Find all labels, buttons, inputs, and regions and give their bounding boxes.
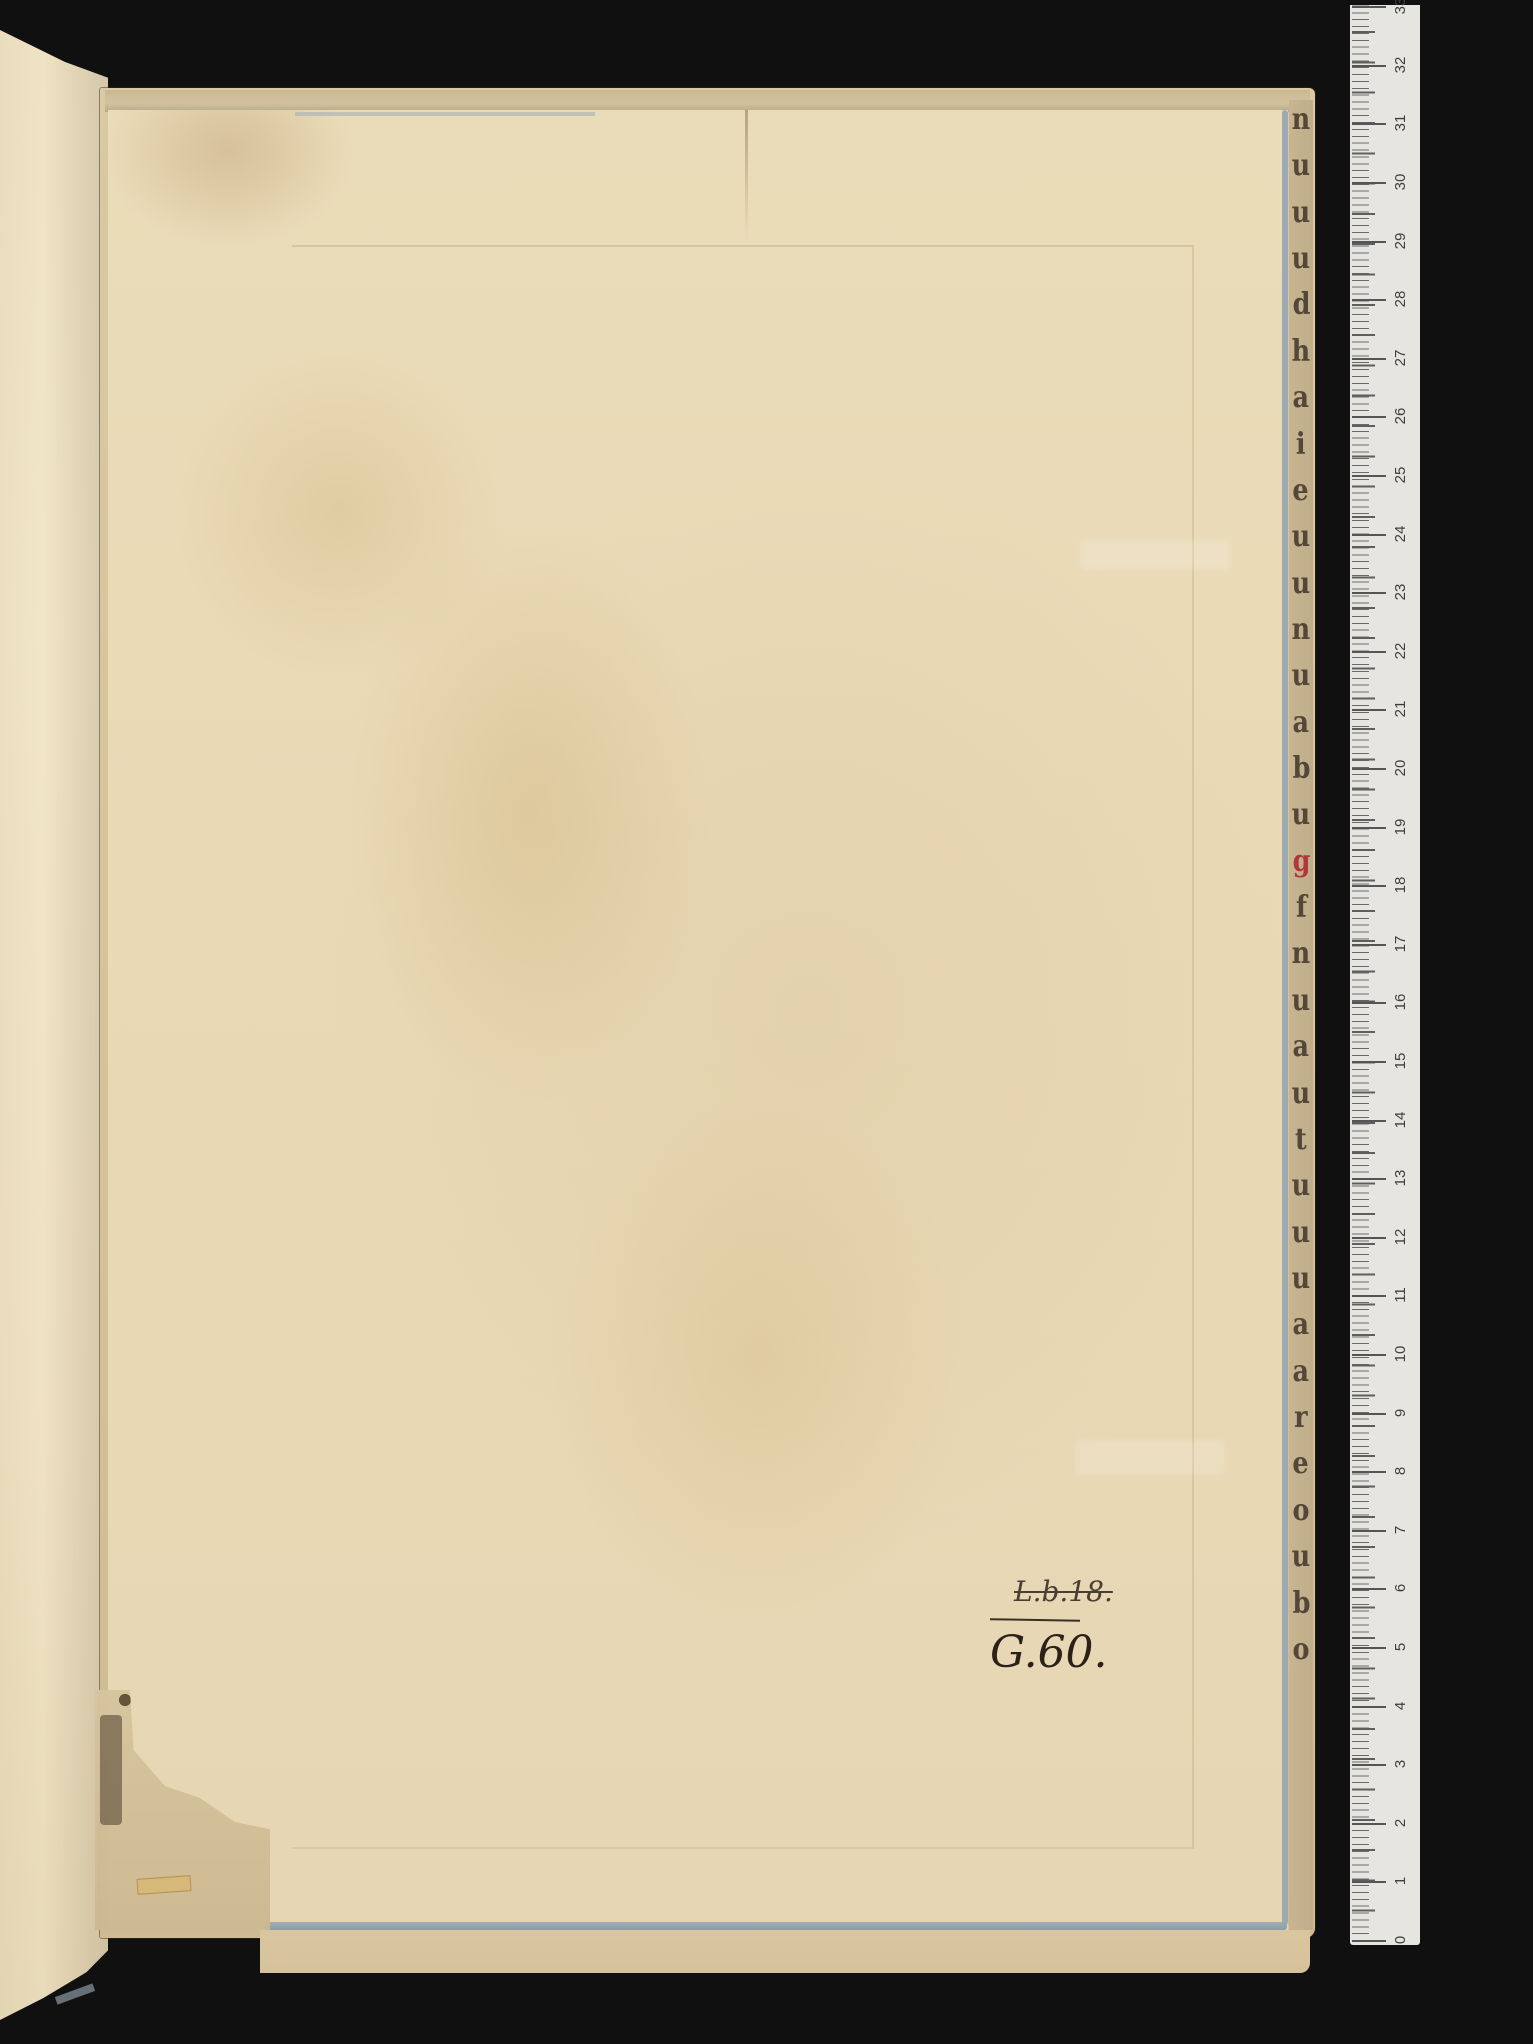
show-through-text: [1080, 540, 1230, 570]
waste-letter: u: [1292, 800, 1311, 830]
ruler-cm-tick: [1352, 358, 1386, 360]
ruler-cm-label: 26: [1391, 403, 1411, 429]
ruler-cm-tick: [1352, 885, 1386, 887]
ruler-cm-tick: [1352, 1706, 1386, 1708]
waste-letter: u: [1292, 1542, 1311, 1572]
waste-letter: r: [1294, 1403, 1307, 1433]
ruler-cm-label: 10: [1391, 1341, 1411, 1367]
ruler-cm-label: 33: [1391, 0, 1411, 19]
ruler-cm-label: 23: [1391, 579, 1411, 605]
ruler-cm-label: 28: [1391, 286, 1411, 312]
waste-letter: g: [1292, 847, 1310, 877]
ruler-cm-tick: [1352, 1530, 1386, 1532]
ruler-cm-label: 15: [1391, 1048, 1411, 1074]
ruler-cm-tick: [1352, 182, 1386, 184]
ruler-cm-label: 17: [1391, 931, 1411, 957]
ruler-cm-label: 30: [1391, 169, 1411, 195]
facing-leaf: [0, 30, 108, 2020]
waste-letter: e: [1293, 1449, 1309, 1479]
ruler-cm-label: 29: [1391, 228, 1411, 254]
waste-letter: i: [1296, 430, 1306, 460]
ruler-cm-tick: [1352, 709, 1386, 711]
ruler-cm-label: 7: [1391, 1517, 1411, 1543]
waste-letter: h: [1292, 337, 1311, 367]
ruler-cm-label: 11: [1391, 1282, 1411, 1308]
waste-letter: e: [1293, 476, 1309, 506]
ruler-cm-tick: [1352, 6, 1386, 8]
waste-letter: d: [1292, 290, 1310, 320]
ruler-cm-tick: [1352, 1002, 1386, 1004]
ruler-cm-tick: [1352, 1764, 1386, 1766]
bottom-turn-in: [260, 1925, 1310, 1973]
ruler-cm-label: 0: [1391, 1927, 1411, 1953]
waste-letter: o: [1292, 1496, 1309, 1526]
waste-letter: n: [1292, 615, 1311, 645]
ruler-cm-label: 21: [1391, 696, 1411, 722]
ruler-cm-label: 19: [1391, 814, 1411, 840]
waste-letter: b: [1292, 1589, 1310, 1619]
top-turn-in: [105, 90, 1310, 112]
waste-letter: u: [1292, 151, 1311, 181]
ruler-cm-label: 2: [1391, 1810, 1411, 1836]
waste-letter: u: [1292, 198, 1311, 228]
ruler-cm-tick: [1352, 1237, 1386, 1239]
ruler-cm-label: 9: [1391, 1400, 1411, 1426]
waste-letter: a: [1293, 1032, 1310, 1062]
ruler-cm-tick: [1352, 768, 1386, 770]
waste-letter: b: [1292, 754, 1310, 784]
waste-letter: n: [1292, 939, 1311, 969]
ruler-cm-tick: [1352, 1647, 1386, 1649]
ruler-cm-tick: [1352, 1471, 1386, 1473]
waste-letter: u: [1292, 569, 1311, 599]
ruler-cm-tick: [1352, 1120, 1386, 1122]
shelfmark: L.b.18. G.60.: [990, 1575, 1120, 1695]
shelfmark-old: L.b.18.: [1014, 1575, 1113, 1608]
ruler-cm-tick: [1352, 1881, 1386, 1883]
ruler-cm-tick: [1352, 475, 1386, 477]
damage-stain: [100, 1715, 122, 1825]
ruler-cm-label: 12: [1391, 1224, 1411, 1250]
ruler-cm-label: 32: [1391, 52, 1411, 78]
ruler-cm-tick: [1352, 65, 1386, 67]
ruler-cm-tick: [1352, 1940, 1386, 1942]
ruler-cm-label: 8: [1391, 1458, 1411, 1484]
waste-letter: u: [1292, 986, 1311, 1016]
ruler-cm-tick: [1352, 534, 1386, 536]
waste-letter: a: [1293, 1357, 1310, 1387]
ruler-cm-tick: [1352, 123, 1386, 125]
ruler-cm-label: 25: [1391, 462, 1411, 488]
ruler-cm-label: 1: [1391, 1868, 1411, 1894]
ruler-cm-tick: [1352, 1823, 1386, 1825]
ruler-cm-tick: [1352, 299, 1386, 301]
waste-letter: n: [1292, 105, 1311, 135]
waste-letter: u: [1292, 661, 1311, 691]
ruler-cm-tick: [1352, 241, 1386, 243]
ruler-cm-tick: [1352, 944, 1386, 946]
shelfmark-rule: [990, 1618, 1080, 1622]
ruler-cm-label: 18: [1391, 872, 1411, 898]
waste-letter: u: [1292, 1264, 1311, 1294]
show-through-text: [1075, 1440, 1225, 1475]
waste-letter: o: [1292, 1635, 1309, 1665]
ruler-cm-label: 24: [1391, 521, 1411, 547]
ruler-cm-label: 16: [1391, 989, 1411, 1015]
waste-letter: u: [1292, 244, 1311, 274]
ruler-cm-tick: [1352, 651, 1386, 653]
ruler-cm-tick: [1352, 1588, 1386, 1590]
ruler-cm-tick: [1352, 416, 1386, 418]
ruler-cm-label: 27: [1391, 345, 1411, 371]
blue-edge-stain-top: [295, 112, 595, 116]
waste-letter: a: [1293, 1310, 1310, 1340]
waste-letter: u: [1292, 1171, 1311, 1201]
waste-letter: t: [1295, 1125, 1307, 1155]
ruler-cm-label: 13: [1391, 1165, 1411, 1191]
waste-letter: a: [1293, 383, 1310, 413]
blue-edge-stain-bottom: [265, 1922, 1287, 1930]
waste-letter: f: [1296, 893, 1307, 923]
ruler-cm-tick: [1352, 1295, 1386, 1297]
ruler-cm-label: 6: [1391, 1575, 1411, 1601]
ruler-cm-label: 31: [1391, 110, 1411, 136]
ruler-cm-label: 14: [1391, 1107, 1411, 1133]
waste-strip-letters: nuuudhaieuunuabugfnuautuuuaareoubo: [1289, 105, 1313, 1665]
ruler-cm-tick: [1352, 1354, 1386, 1356]
ruler-cm-label: 22: [1391, 638, 1411, 664]
ruler-cm-label: 3: [1391, 1751, 1411, 1777]
waste-letter: u: [1292, 1218, 1311, 1248]
ruler-cm-tick: [1352, 592, 1386, 594]
ruler-cm-label: 20: [1391, 755, 1411, 781]
shelfmark-new: G.60.: [990, 1627, 1108, 1678]
ruler-cm-tick: [1352, 1061, 1386, 1063]
waste-letter: u: [1292, 1079, 1311, 1109]
paper-crease: [745, 110, 748, 240]
ruler-cm-tick: [1352, 1178, 1386, 1180]
ruler-cm-tick: [1352, 1413, 1386, 1415]
ruler-cm-label: 5: [1391, 1634, 1411, 1660]
ruler-cm-tick: [1352, 827, 1386, 829]
waste-letter: u: [1292, 522, 1311, 552]
waste-letter: a: [1293, 708, 1310, 738]
ruler-cm-label: 4: [1391, 1693, 1411, 1719]
blue-edge-stain-right: [1282, 110, 1288, 1925]
